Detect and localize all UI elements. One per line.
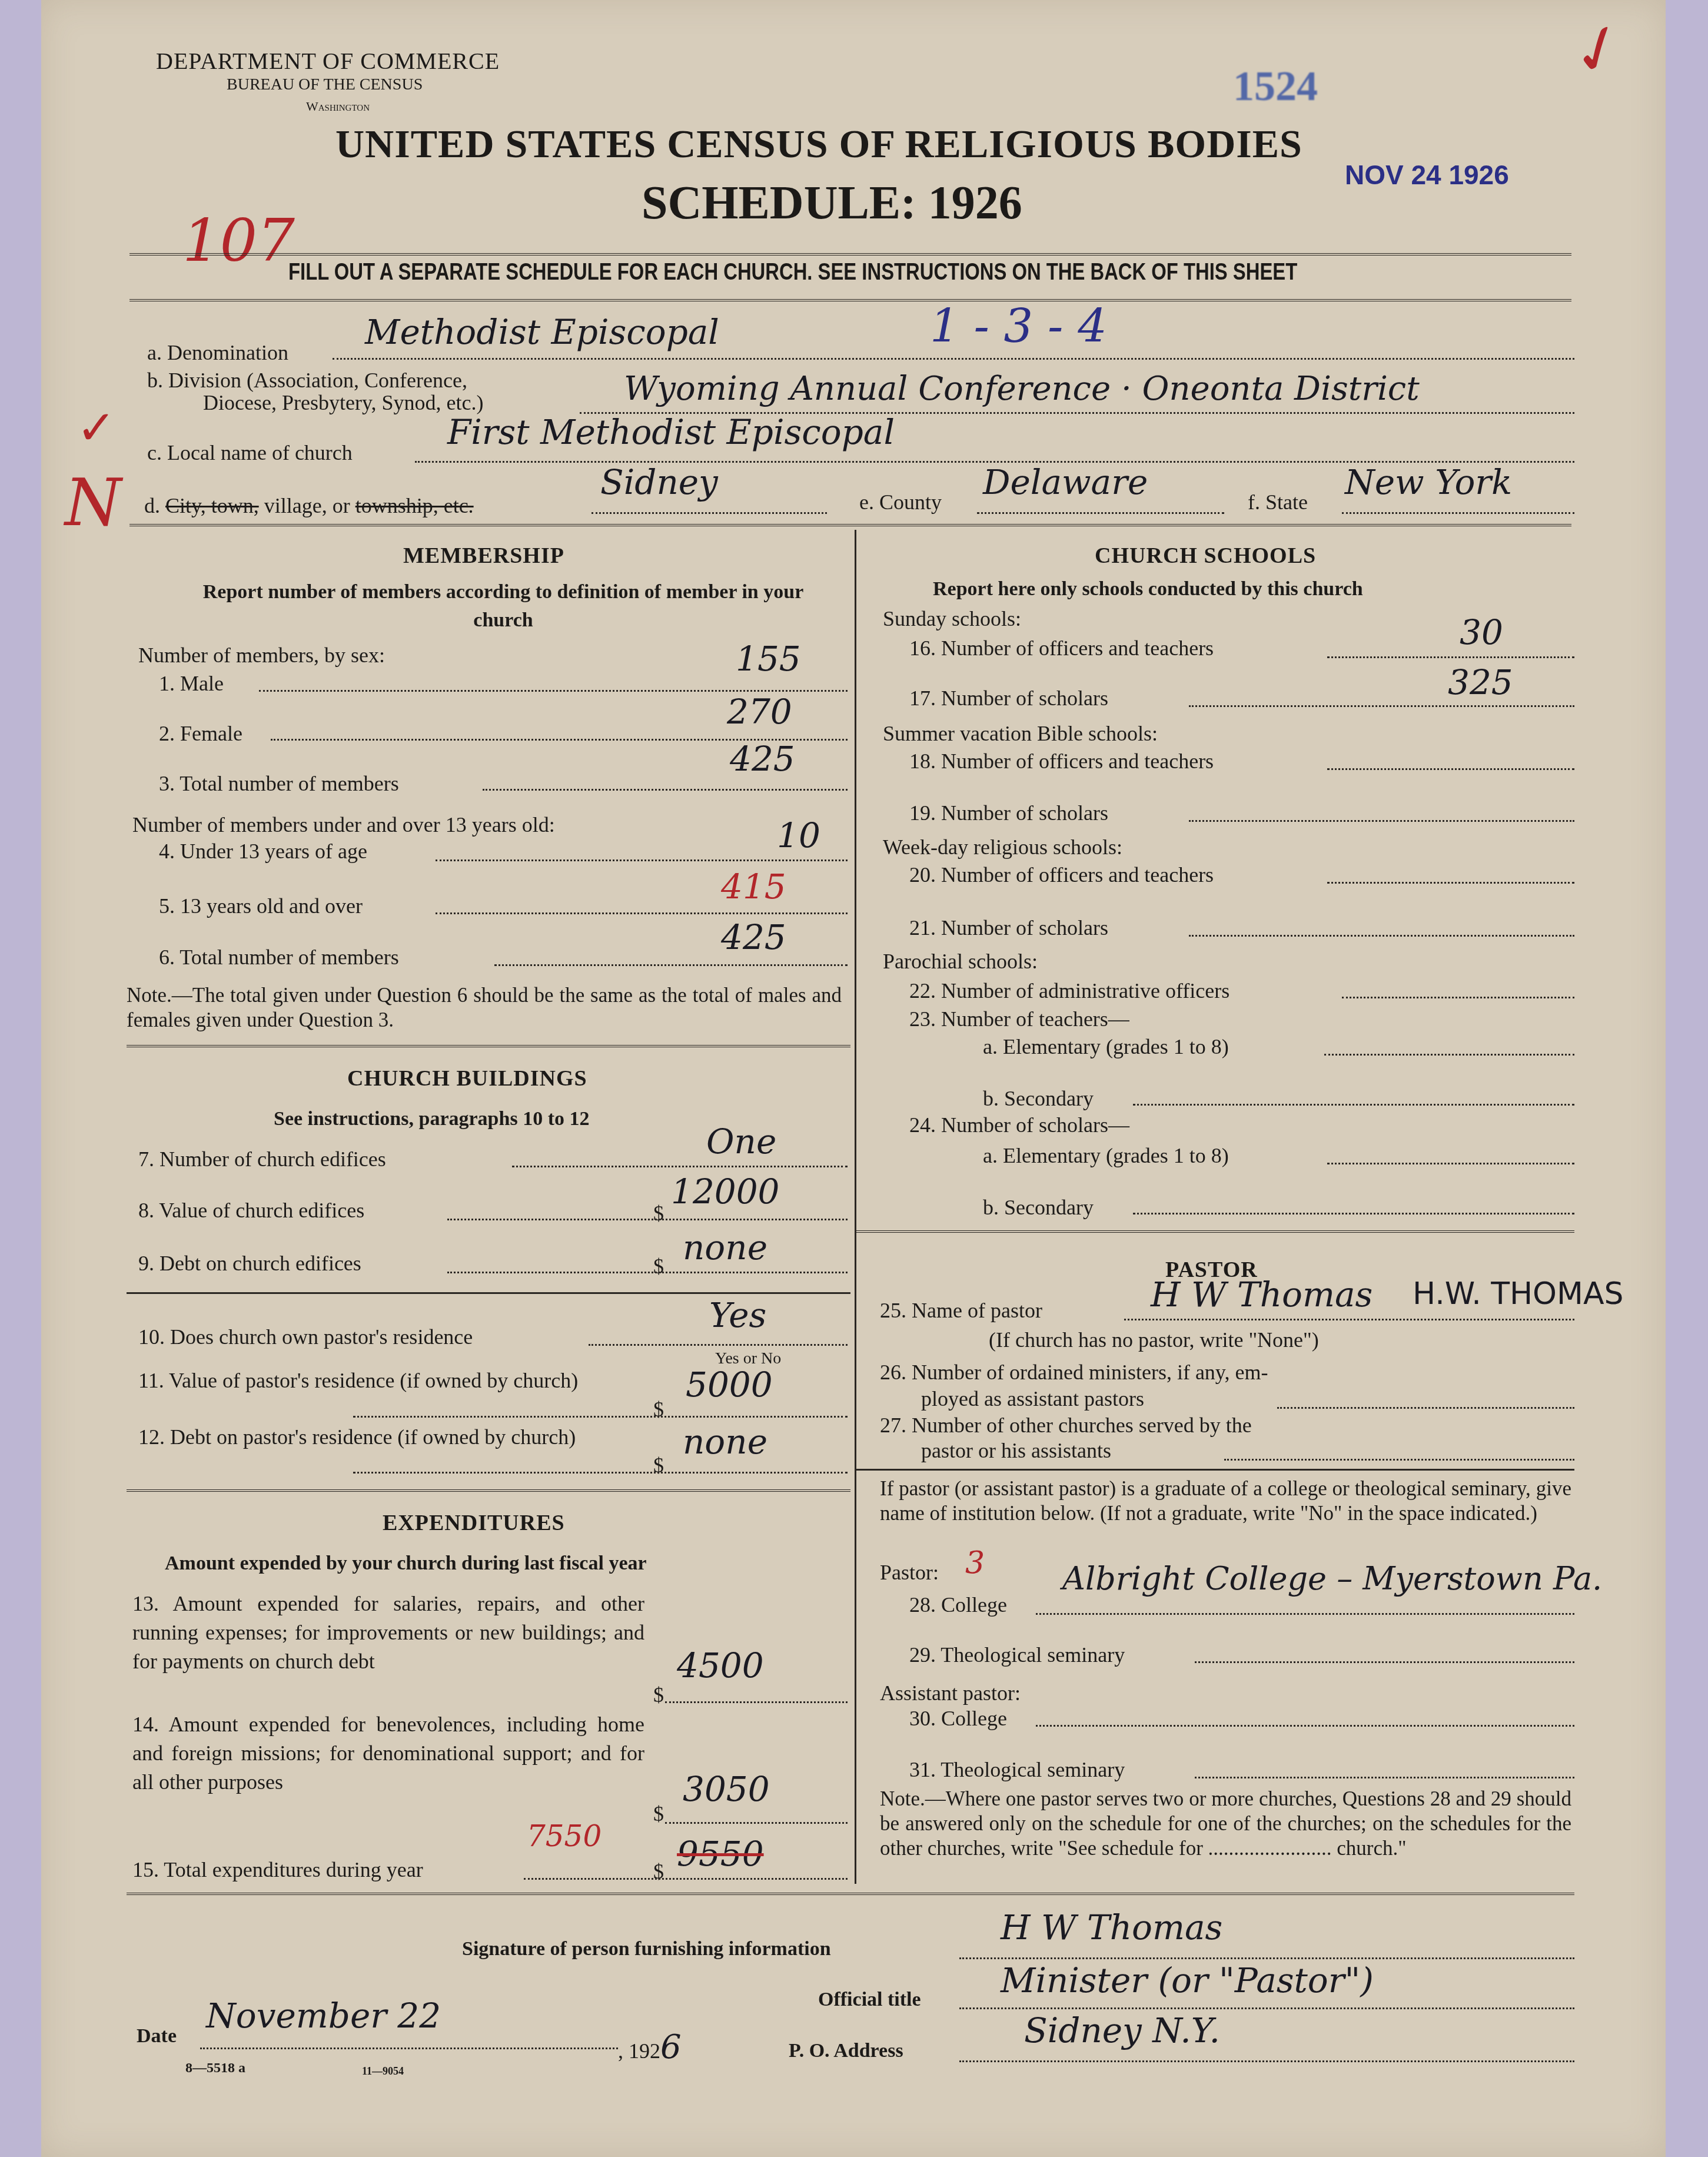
signature-value[interactable]: H W Thomas <box>1001 1907 1222 1947</box>
edifices-count-value[interactable]: One <box>706 1121 776 1162</box>
q18-line <box>1327 768 1574 770</box>
expenditures-heading: EXPENDITURES <box>383 1510 565 1536</box>
by-sex-label: Number of members, by sex: <box>138 643 385 668</box>
county-label: e. County <box>859 490 942 515</box>
q22-label: 22. Number of administrative officers <box>909 978 1230 1003</box>
residence-debt-value[interactable]: none <box>683 1422 767 1462</box>
church-schools-subheading: Report here only schools conducted by th… <box>933 578 1363 600</box>
schools-divider <box>856 1230 1574 1233</box>
q23b-label: b. Secondary <box>983 1086 1094 1111</box>
date-line <box>200 2048 618 2049</box>
buildings-divider <box>127 1292 850 1294</box>
year-field: , 1926 <box>618 2028 682 2066</box>
under-13-line <box>436 860 848 861</box>
division-label-line2: Diocese, Presbytery, Synod, etc.) <box>203 390 484 415</box>
membership-heading: MEMBERSHIP <box>403 543 564 569</box>
signature-line <box>959 1957 1574 1959</box>
red-checkmark-icon: ✓ <box>77 400 116 456</box>
footer-divider <box>127 1893 1574 1895</box>
red-mark-3: 3 <box>965 1545 985 1581</box>
residence-value-line <box>353 1416 848 1418</box>
assistant-pastor-label: Assistant pastor: <box>880 1681 1021 1705</box>
q24b-line <box>1133 1213 1574 1214</box>
pastor-divider <box>856 1469 1574 1471</box>
date-value[interactable]: November 22 <box>206 1996 441 2036</box>
residence-value-label: 11. Value of pastor's residence (if owne… <box>138 1367 644 1394</box>
denomination-label: a. Denomination <box>147 340 288 365</box>
asst-college-line <box>1036 1725 1574 1727</box>
college-line <box>1036 1613 1574 1615</box>
county-line <box>977 512 1224 514</box>
instruction-divider <box>129 299 1571 301</box>
official-title-line <box>959 2007 1574 2009</box>
q26-label-cont: ployed as assistant pastors <box>921 1386 1144 1411</box>
q23-label: 23. Number of teachers— <box>909 1007 1129 1031</box>
graduate-note: If pastor (or assistant pastor) is a gra… <box>880 1476 1571 1526</box>
membership-note: Note.—The total given under Question 6 s… <box>127 983 842 1033</box>
q27-label: 27. Number of other churches served by t… <box>880 1413 1252 1438</box>
edifices-value-value[interactable]: 12000 <box>671 1172 780 1212</box>
pastor-name-value[interactable]: H W Thomas <box>1151 1275 1373 1315</box>
identification-divider <box>129 524 1571 526</box>
dollar-sign: $ <box>653 1397 664 1422</box>
edifices-debt-label: 9. Debt on church edifices <box>138 1251 361 1276</box>
po-address-value[interactable]: Sidney N.Y. <box>1024 2010 1220 2050</box>
residence-debt-label: 12. Debt on pastor's residence (if owned… <box>138 1423 644 1451</box>
pastor-sub-label: Pastor: <box>880 1560 939 1585</box>
asst-college-label: 30. College <box>909 1706 1007 1731</box>
total-members-value[interactable]: 425 <box>730 739 795 779</box>
year-suffix[interactable]: 6 <box>660 2028 682 2066</box>
over-13-label: 5. 13 years old and over <box>159 894 363 918</box>
q19-line <box>1189 820 1574 822</box>
header-divider <box>129 253 1571 255</box>
official-title-value[interactable]: Minister (or "Pastor") <box>1001 1960 1374 2000</box>
college-value[interactable]: Albright College – Myerstown Pa. <box>1062 1560 1602 1597</box>
benevolences-value[interactable]: 3050 <box>683 1769 770 1809</box>
q26-label: 26. Number of ordained ministers, if any… <box>880 1360 1268 1385</box>
q17-value[interactable]: 325 <box>1448 662 1513 702</box>
asst-seminary-label: 31. Theological seminary <box>909 1757 1125 1782</box>
q24b-label: b. Secondary <box>983 1195 1094 1220</box>
q17-label: 17. Number of scholars <box>909 686 1108 711</box>
edifices-count-line <box>512 1166 848 1167</box>
residence-value-value[interactable]: 5000 <box>686 1365 773 1405</box>
buildings-subheading: See instructions, paragraphs 10 to 12 <box>274 1108 589 1130</box>
pastor-note: Note.—Where one pastor serves two or mor… <box>880 1787 1571 1861</box>
total-members-line <box>483 789 848 791</box>
edifices-debt-value[interactable]: none <box>683 1227 767 1267</box>
q24-label: 24. Number of scholars— <box>909 1113 1129 1137</box>
denomination-line <box>333 358 1574 360</box>
red-n-mark: N <box>65 465 121 540</box>
q20-line <box>1327 882 1574 884</box>
po-address-line <box>959 2060 1574 2062</box>
q23a-label: a. Elementary (grades 1 to 8) <box>983 1034 1229 1059</box>
total-expenditures-value[interactable]: 9550 <box>677 1834 764 1874</box>
q19-label: 19. Number of scholars <box>909 801 1108 825</box>
running-expenses-value[interactable]: 4500 <box>677 1645 764 1685</box>
bureau-name: BUREAU OF THE CENSUS <box>227 75 423 94</box>
seminary-label: 29. Theological seminary <box>909 1642 1125 1667</box>
q21-line <box>1189 935 1574 937</box>
q20-label: 20. Number of officers and teachers <box>909 862 1214 887</box>
schedule-title: SCHEDULE: 1926 <box>642 177 1022 230</box>
local-name-label: c. Local name of church <box>147 440 353 465</box>
parochial-schools-label: Parochial schools: <box>883 949 1038 974</box>
total-expenditures-correction: 7550 <box>527 1819 602 1853</box>
dollar-sign: $ <box>653 1801 664 1826</box>
state-value[interactable]: New York <box>1345 462 1512 502</box>
column-divider <box>855 530 856 1884</box>
q17-line <box>1189 705 1574 707</box>
male-value[interactable]: 155 <box>736 639 801 679</box>
form-title: UNITED STATES CENSUS OF RELIGIOUS BODIES <box>335 121 1302 167</box>
edifices-count-label: 7. Number of church edifices <box>138 1147 386 1172</box>
q16-value[interactable]: 30 <box>1460 612 1503 652</box>
membership-divider <box>127 1045 850 1047</box>
total-expenditures-label: 15. Total expenditures during year <box>132 1857 423 1882</box>
under-13-label: 4. Under 13 years of age <box>159 839 367 864</box>
buildings-bottom-divider <box>127 1489 850 1492</box>
membership-subheading: Report number of members according to de… <box>194 578 812 635</box>
city-label: d. City, town, village, or township, etc… <box>144 493 474 518</box>
state-line <box>1342 512 1574 514</box>
male-label: 1. Male <box>159 671 224 696</box>
received-date-stamp: NOV 24 1926 <box>1345 159 1509 191</box>
q21-label: 21. Number of scholars <box>909 915 1108 940</box>
year-prefix: , 192 <box>618 2039 660 2063</box>
sunday-schools-label: Sunday schools: <box>883 606 1021 631</box>
female-label: 2. Female <box>159 721 242 746</box>
benevolences-line <box>665 1822 848 1824</box>
q16-line <box>1327 656 1574 658</box>
seminary-line <box>1195 1661 1574 1663</box>
weekday-schools-label: Week-day religious schools: <box>883 835 1122 860</box>
state-label: f. State <box>1248 490 1308 515</box>
instruction-line: FILL OUT A SEPARATE SCHEDULE FOR EACH CH… <box>288 259 1297 286</box>
q27-label-cont: pastor or his assistants <box>921 1438 1111 1463</box>
division-value[interactable]: Wyoming Annual Conference · Oneonta Dist… <box>624 370 1420 408</box>
q23b-line <box>1133 1104 1574 1106</box>
church-schools-heading: CHURCH SCHOOLS <box>1095 543 1316 569</box>
dollar-sign: $ <box>653 1254 664 1279</box>
signature-label: Signature of person furnishing informati… <box>462 1938 831 1960</box>
red-file-number: 107 <box>182 206 295 275</box>
benevolences-label: 14. Amount expended for benevolences, in… <box>132 1710 644 1797</box>
denomination-value[interactable]: Methodist Episcopal <box>365 312 719 352</box>
q22-line <box>1342 997 1574 998</box>
q26-line <box>1277 1407 1574 1409</box>
pastor-name-printed: H.W. THOMAS <box>1413 1276 1623 1312</box>
total-members-6-label: 6. Total number of members <box>159 945 399 970</box>
q24a-label: a. Elementary (grades 1 to 8) <box>983 1143 1229 1168</box>
dollar-sign: $ <box>653 1683 664 1707</box>
form-code: 8—5518 a <box>185 2060 245 2076</box>
pastor-name-hint: (If church has no pastor, write "None") <box>989 1328 1319 1352</box>
division-label-line1: b. Division (Association, Conference, <box>147 368 467 393</box>
owns-residence-value[interactable]: Yes <box>709 1295 766 1335</box>
edifices-value-label: 8. Value of church edifices <box>138 1198 364 1223</box>
summer-schools-label: Summer vacation Bible schools: <box>883 721 1158 746</box>
owns-residence-line <box>589 1344 848 1346</box>
edifices-value-line <box>447 1219 848 1220</box>
buildings-heading: CHURCH BUILDINGS <box>347 1066 587 1091</box>
stamp-number: 1524 <box>1233 62 1318 111</box>
po-address-label: P. O. Address <box>789 2040 903 2062</box>
city-name: Washington <box>306 99 370 114</box>
residence-debt-line <box>353 1472 848 1474</box>
pastor-name-line <box>1124 1319 1574 1320</box>
total-members-label: 3. Total number of members <box>159 771 399 796</box>
asst-seminary-line <box>1195 1777 1574 1778</box>
total-expenditures-line <box>524 1878 848 1880</box>
q16-label: 16. Number of officers and teachers <box>909 636 1214 661</box>
college-label: 28. College <box>909 1592 1007 1617</box>
local-name-value[interactable]: First Methodist Episcopal <box>447 412 895 452</box>
dollar-sign: $ <box>653 1201 664 1226</box>
official-title-label: Official title <box>818 1989 921 2011</box>
total-members-6-value[interactable]: 425 <box>721 917 786 957</box>
under-13-value[interactable]: 10 <box>777 815 820 855</box>
print-code: 11—9054 <box>362 2065 404 2078</box>
q27-line <box>1224 1459 1574 1461</box>
expenditures-subheading: Amount expended by your church during la… <box>165 1552 647 1575</box>
date-label: Date <box>137 2025 177 2048</box>
total-members-6-line <box>494 964 848 966</box>
age-label: Number of members under and over 13 year… <box>132 812 555 837</box>
code-mark: 1 - 3 - 4 <box>930 300 1107 353</box>
female-value[interactable]: 270 <box>727 692 792 732</box>
edifices-debt-line <box>447 1272 848 1273</box>
running-expenses-label: 13. Amount expended for salaries, repair… <box>132 1589 644 1676</box>
county-value[interactable]: Delaware <box>983 462 1148 502</box>
dollar-sign: $ <box>653 1453 664 1478</box>
over-13-line <box>436 912 848 914</box>
q18-label: 18. Number of officers and teachers <box>909 749 1214 774</box>
q24a-line <box>1327 1163 1574 1164</box>
owns-residence-label: 10. Does church own pastor's residence <box>138 1325 473 1349</box>
city-line <box>592 512 827 514</box>
department-name: DEPARTMENT OF COMMERCE <box>156 47 500 75</box>
q23a-line <box>1324 1054 1574 1056</box>
city-value[interactable]: Sidney <box>600 462 718 502</box>
over-13-value[interactable]: 415 <box>721 867 786 907</box>
pastor-name-label: 25. Name of pastor <box>880 1298 1042 1323</box>
running-expenses-line <box>665 1701 848 1703</box>
dollar-sign: $ <box>653 1859 664 1884</box>
